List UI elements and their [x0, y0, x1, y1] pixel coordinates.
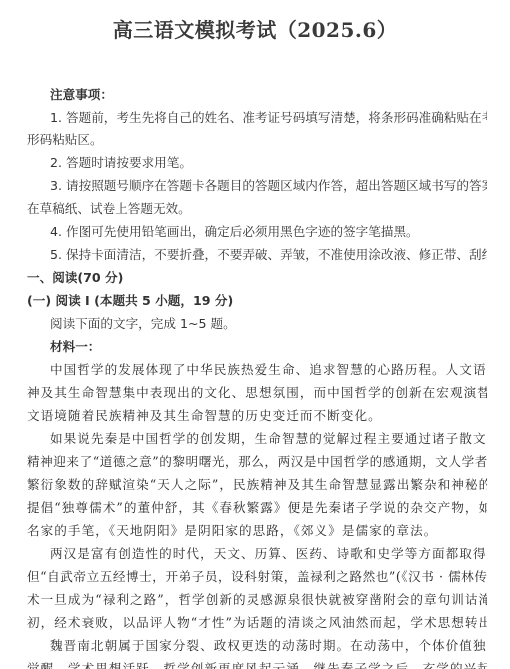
passage-line: 魏晋南北朝属于国家分裂、政权更迭的动荡时期。在动荡中，个体价值独立，主体意识: [50, 638, 487, 654]
section-heading: 一、阅读(70 分): [27, 270, 487, 286]
passage-line: 中国哲学的发展体现了中华民族热爱生命、追求智慧的心路历程。人文语境是民族精: [50, 362, 487, 378]
notice-item-1: 1. 答题前，考生先将自己的姓名、准考证号码填写清楚，将条形码准确粘贴在考生信息…: [50, 110, 487, 126]
passage-line: 名家的手笔，《天地阴阳》是阴阳家的思路，《郊义》是儒家的章法。: [27, 523, 487, 539]
notice-item-5: 5. 保持卡面清洁，不要折叠，不要弄破、弄皱，不准使用涂改液、修正带、刮纸刀。: [50, 247, 487, 263]
passage-line: 精神迎来了“道德之意”的黎明曙光，那么，两汉是中国哲学的感通期，文人学者以堆砌辞…: [27, 454, 487, 470]
notice-item-4: 4. 作图可先使用铅笔画出，确定后必须用黑色字迹的签字笔描黑。: [50, 224, 487, 240]
exam-page: 高三语文模拟考试（2025.6） 注意事项： 1. 答题前，考生先将自己的姓名、…: [0, 0, 510, 669]
passage-line: 神及其生命智慧集中表现出的文化、思想氛围，而中国哲学的创新在宏观演替上，表现为人: [27, 385, 487, 401]
notice-item-3: 3. 请按照题号顺序在答题卡各题目的答题区域内作答，超出答题区域书写的答案无效；: [50, 178, 487, 194]
passage-line: 繁衍象数的辞赋渲染“天人之际”，民族精神及其生命智慧显露出繁杂和神秘的感应气象。: [27, 477, 487, 493]
notice-item-2: 2. 答题时请按要求用笔。: [50, 155, 487, 171]
passage-line: 提倡“独尊儒术”的董仲舒，其《春秋繁露》便是先秦诸子学说的杂交产物，如《深察名号…: [27, 500, 487, 516]
passage-line: 如果说先秦是中国哲学的创发期，生命智慧的觉解过程主要通过诸子散文来叙述，民族: [50, 431, 487, 447]
material-label: 材料一：: [50, 339, 487, 355]
passage-line: 文语境随着民族精神及其生命智慧的历史变迁而不断变化。: [27, 408, 487, 424]
passage-line: 两汉是富有创造性的时代，天文、历算、医药、诗歌和史学等方面都取得了很高的成就，: [50, 546, 487, 562]
reading-instruction: 阅读下面的文字，完成 1~5 题。: [50, 316, 487, 332]
notice-heading: 注意事项：: [50, 87, 487, 103]
notice-item-1-cont: 形码粘贴区。: [27, 132, 487, 148]
notice-item-3-cont: 在草稿纸、试卷上答题无效。: [27, 201, 487, 217]
subsection-heading: (一) 阅读 Ⅰ (本题共 5 小题，19 分): [27, 293, 487, 309]
passage-line: 初，经术衰败，以品评人物“才性”为话题的清谈之风油然而起，学术思想转出一线生机。: [27, 615, 487, 631]
passage-line: 术一旦成为“禄利之路”，哲学创新的灵感源泉很快就被穿凿附会的章句训诂淹没。汉末魏: [27, 592, 487, 608]
passage-line: 但“自武帝立五经博士，开弟子员，设科射策，盖禄利之路然也”(《汉书 · 儒林传》…: [27, 569, 487, 585]
exam-title: 高三语文模拟考试（2025.6）: [0, 14, 510, 43]
passage-line: 觉醒，学术思想活跃，哲学创新再度风起云涌。继先秦子学之后，玄学的兴起使该时期成为: [27, 661, 487, 669]
